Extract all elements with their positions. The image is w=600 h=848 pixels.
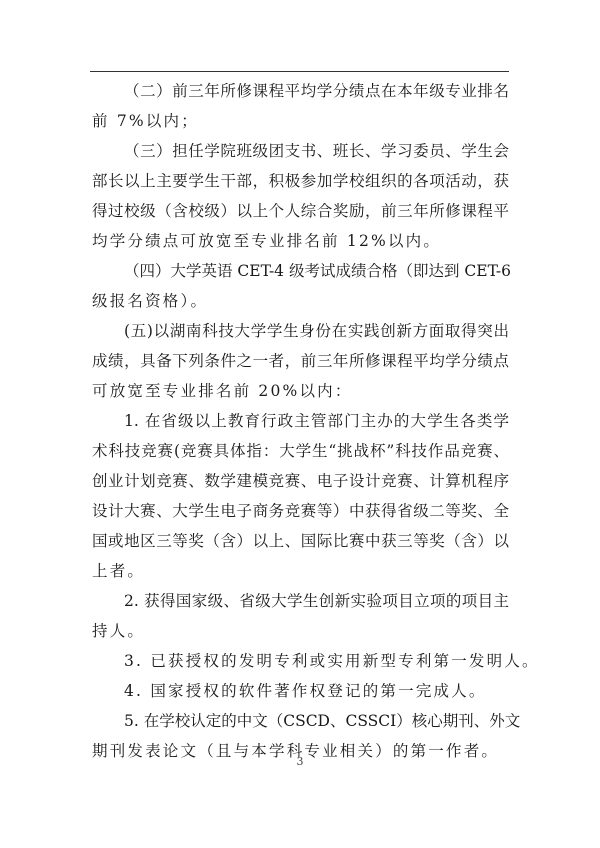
text-line-11: 可放宽至专业排名前 20%以内： (92, 376, 509, 406)
text-line-8: 级报名资格）。 (92, 286, 509, 316)
text-line-15: 设计大赛、大学生电子商务竞赛等）中获得省级二等奖、全 (92, 496, 509, 526)
text-line-9: (五)以湖南科技大学学生身份在实践创新方面取得突出 (92, 316, 509, 346)
text-line-17: 上者。 (92, 556, 509, 586)
page-number: 3 (0, 755, 600, 768)
text-line-21: 4. 国家授权的软件著作权登记的第一完成人。 (92, 676, 509, 706)
text-line-10: 成绩，具备下列条件之一者，前三年所修课程平均学分绩点 (92, 346, 509, 376)
text-line-22: 5. 在学校认定的中文（CSCD、CSSCI）核心期刊、外文 (92, 706, 509, 736)
text-line-5: 得过校级（含校级）以上个人综合奖励，前三年所修课程平 (92, 196, 509, 226)
text-line-20: 3. 已获授权的发明专利或实用新型专利第一发明人。 (92, 646, 509, 676)
text-line-6: 均学分绩点可放宽至专业排名前 12%以内。 (92, 226, 509, 256)
text-line-7: （四）大学英语 CET-4 级考试成绩合格（即达到 CET-6 (92, 256, 509, 286)
text-line-14: 创业计划竞赛、数学建模竞赛、电子设计竞赛、计算机程序 (92, 466, 509, 496)
text-line-2: 前 7%以内； (92, 106, 509, 136)
header-rule (90, 71, 509, 72)
document-body: （二）前三年所修课程平均学分绩点在本年级专业排名 前 7%以内； （三）担任学院… (92, 76, 509, 766)
text-line-13: 术科技竞赛(竞赛具体指：大学生“挑战杯”科技作品竞赛、 (92, 436, 509, 466)
text-line-18: 2. 获得国家级、省级大学生创新实验项目立项的项目主 (92, 586, 509, 616)
text-line-3: （三）担任学院班级团支书、班长、学习委员、学生会 (92, 136, 509, 166)
text-line-1: （二）前三年所修课程平均学分绩点在本年级专业排名 (92, 76, 509, 106)
text-line-4: 部长以上主要学生干部，积极参加学校组织的各项活动，获 (92, 166, 509, 196)
text-line-16: 国或地区三等奖（含）以上、国际比赛中获三等奖（含）以 (92, 526, 509, 556)
text-line-12: 1. 在省级以上教育行政主管部门主办的大学生各类学 (92, 406, 509, 436)
text-line-19: 持人。 (92, 616, 509, 646)
